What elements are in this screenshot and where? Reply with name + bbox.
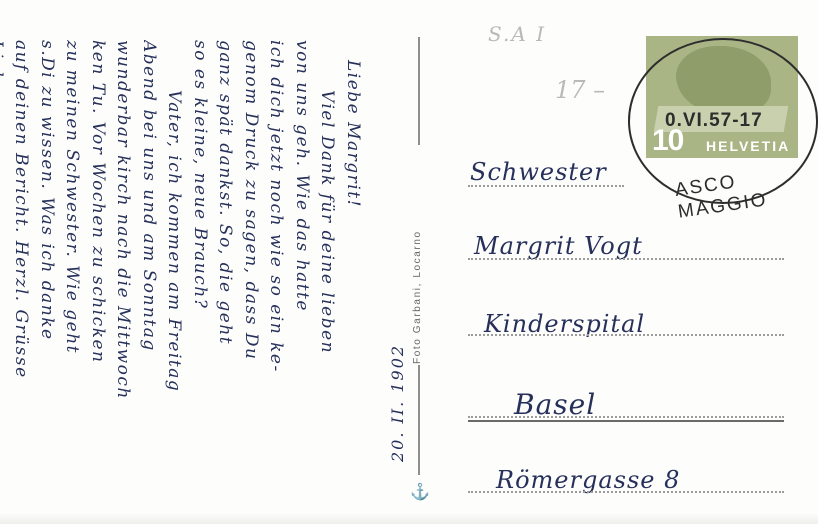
address-line-2: Margrit Vogt [474, 232, 643, 260]
pencil-note-top: S.A I [488, 22, 546, 46]
message-line: s.Di zu wissen. Was ich danke [34, 40, 60, 505]
postmark-date: 0.VI.57-17 [665, 110, 763, 132]
address-rule-2 [468, 257, 784, 260]
center-divider [418, 37, 420, 145]
message-line: genom Druck zu sagen, dass Du [238, 40, 264, 505]
message-line: ich dich jetzt noch wie so ein ke- [263, 40, 289, 505]
message-line: von uns geh. Wie das hatte [289, 40, 315, 505]
address-rule-4 [468, 415, 784, 418]
message-line: Liebe [0, 40, 8, 505]
city-underline [468, 420, 784, 422]
address-rule-1 [468, 184, 624, 187]
message-line: zu meinen Schwester. Wie geht [59, 40, 85, 505]
printer-credit: Foto Garbani, Locarno [412, 230, 423, 364]
center-divider-lower [418, 365, 420, 475]
message-line: Vater, ich kommen am Freitag [161, 40, 187, 505]
anchor-icon: ⚓ [410, 482, 430, 502]
message-greeting: Liebe Margrit! [340, 40, 366, 505]
postcard-back: Liebe Margrit! Viel Dank für deine liebe… [0, 0, 818, 524]
pencil-note-number: 17 – [555, 76, 605, 104]
message-line: Viel Dank für deine lieben [314, 40, 340, 505]
message-line: ken Tu. Vor Wochen zu schicken [85, 40, 111, 505]
message-line: ganz spät dankst. So, die geht [212, 40, 238, 505]
message-line: Abend bei uns und am Sonntag [136, 40, 162, 505]
address-line-1: Schwester [470, 158, 607, 186]
message-line: auf deinen Bericht. Herzl. Grüsse [8, 40, 34, 505]
message-line: wunderbar kirch nach die Mittwoch [110, 40, 136, 505]
address-rule-3 [468, 333, 784, 336]
handwritten-message: Liebe Margrit! Viel Dank für deine liebe… [0, 40, 365, 505]
card-bottom-edge [0, 514, 818, 524]
address-rule-5 [468, 490, 784, 493]
handwritten-date: 20. II. 1902 [388, 344, 407, 462]
message-line: so es kleine, neue Brauch? [187, 40, 213, 505]
